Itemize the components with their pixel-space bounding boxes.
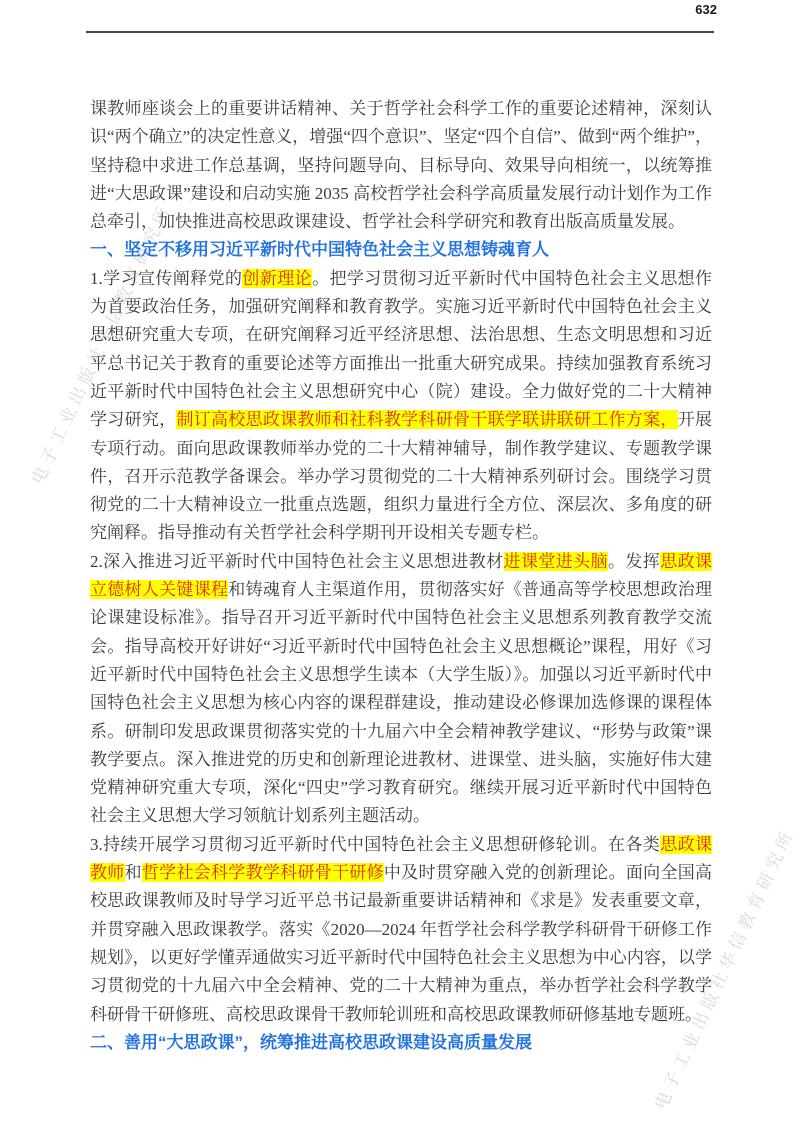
highlighted-text: 进课堂进头脑 — [504, 552, 608, 571]
highlighted-text: 制订高校思政课教师和社科教学科研骨干联学联讲联研工作方案， — [176, 410, 677, 429]
highlighted-text: 创新理论 — [242, 269, 312, 288]
paragraph-1: 1.学习宣传阐释党的创新理论。把学习贯彻习近平新时代中国特色社会主义思想作为首要… — [90, 265, 712, 548]
text-run: 中及时贯穿融入党的创新理论。面向全国高校思政课教师及时导学习近平总书记最新重要讲… — [90, 863, 712, 1023]
text-run: 1.学习宣传阐释党的 — [90, 269, 242, 288]
page-number: 632 — [695, 2, 717, 17]
text-run: 。把学习贯彻习近平新时代中国特色社会主义思想作为首要政治任务，加强研究阐释和教育… — [90, 269, 712, 429]
text-run: 2.深入推进习近平新时代中国特色社会主义思想进教材 — [90, 552, 504, 571]
text-run: 课教师座谈会上的重要讲话精神、关于哲学社会科学工作的重要论述精神，深刻认识“两个… — [90, 99, 712, 231]
highlighted-text: 哲学社会科学教学科研骨干研修 — [142, 863, 384, 882]
text-run: 开展专项行动。面向思政课教师举办党的二十大精神辅导，制作教学建议、专题教学课件，… — [90, 410, 712, 542]
text-run: 。发挥 — [608, 552, 660, 571]
document-body: 课教师座谈会上的重要讲话精神、关于哲学社会科学工作的重要论述精神，深刻认识“两个… — [90, 95, 712, 1057]
paragraph-continuation: 课教师座谈会上的重要讲话精神、关于哲学社会科学工作的重要论述精神，深刻认识“两个… — [90, 95, 712, 236]
text-run: 和铸魂育人主渠道作用，贯彻落实好《普通高等学校思想政治理论课建设标准》。指导召开… — [90, 580, 712, 825]
text-run: 和 — [125, 863, 142, 882]
section-heading-1: 一、坚定不移用习近平新时代中国特色社会主义思想铸魂育人 — [90, 236, 712, 264]
text-run: 3.持续开展学习贯彻习近平新时代中国特色社会主义思想研修轮训。在各类 — [90, 835, 660, 854]
paragraph-3: 3.持续开展学习贯彻习近平新时代中国特色社会主义思想研修轮训。在各类思政课教师和… — [90, 831, 712, 1029]
header-rule — [86, 31, 714, 33]
section-heading-2: 二、善用“大思政课”，统筹推进高校思政课建设高质量发展 — [90, 1029, 712, 1057]
paragraph-2: 2.深入推进习近平新时代中国特色社会主义思想进教材进课堂进头脑。发挥思政课立德树… — [90, 548, 712, 831]
